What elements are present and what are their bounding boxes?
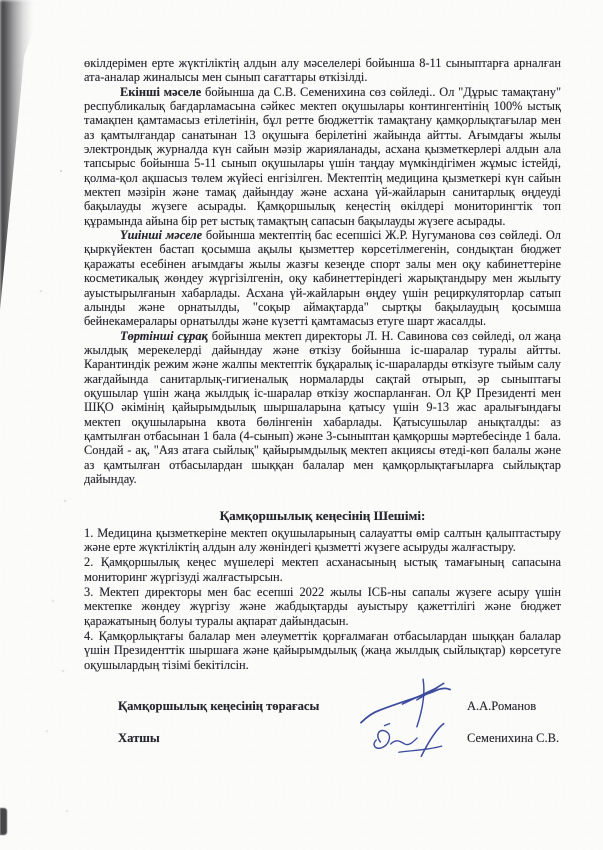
decisions-heading: Қамқоршылық кеңесінің Шешімі: — [84, 509, 561, 523]
secretary-label: Хатшы — [118, 731, 160, 745]
paragraph-lead: Екінші мәселе — [120, 85, 201, 99]
signature-block: Қамқоршылық кеңесінің төрағасы А.А.Роман… — [84, 699, 561, 809]
decision-item-4: 4. Қамқорлықтағы балалар мен әлеуметтік … — [84, 629, 561, 672]
paragraph-third-issue: Үшінші мәселе бойынша мектептің бас есеп… — [84, 228, 561, 328]
scanned-document-page: өкілдерімен ерте жүктіліктің алдын алу м… — [0, 0, 603, 850]
scan-noise-specks — [60, 170, 62, 172]
document-body: өкілдерімен ерте жүктіліктің алдын алу м… — [84, 56, 561, 809]
paragraph-lead: Үшінші мәселе — [120, 228, 202, 242]
paragraph-fourth-issue: Төртінші сұрақ бойынша мектеп директоры … — [84, 329, 561, 487]
paragraph-second-issue: Екінші мәселе бойынша да С.В. Семенихина… — [84, 85, 561, 228]
paragraph-lead: Төртінші сұрақ — [120, 329, 208, 343]
chairman-signature-row: Қамқоршылық кеңесінің төрағасы А.А.Роман… — [84, 699, 561, 715]
paragraph-continuation: өкілдерімен ерте жүктіліктің алдын алу м… — [84, 56, 561, 85]
decision-item-2: 2. Қамқоршылық кеңес мүшелері мектеп асх… — [84, 555, 561, 584]
decision-item-3: 3. Мектеп директоры мен бас есепші 2022 … — [84, 585, 561, 628]
chairman-label: Қамқоршылық кеңесінің төрағасы — [118, 699, 319, 713]
paragraph-text: бойынша мектеп директоры Л. Н. Савинова … — [84, 329, 561, 486]
decision-item-1: 1. Медицина қызметкеріне мектеп оқушылар… — [84, 526, 561, 555]
secretary-name: Семенихина С.В. — [467, 731, 559, 745]
chairman-name: А.А.Романов — [467, 699, 536, 713]
scan-mark-bottom-left — [0, 808, 7, 835]
secretary-signature-row: Хатшы Семенихина С.В. — [84, 731, 561, 747]
paragraph-text: бойынша мектептің бас есепшісі Ж.Р. Нугу… — [84, 228, 561, 328]
paragraph-text: бойынша да С.В. Семенихина сөз сөйледі..… — [84, 85, 561, 228]
paragraph-text: өкілдерімен ерте жүктіліктің алдын алу м… — [84, 56, 561, 84]
scan-shadow-left — [0, 0, 44, 310]
